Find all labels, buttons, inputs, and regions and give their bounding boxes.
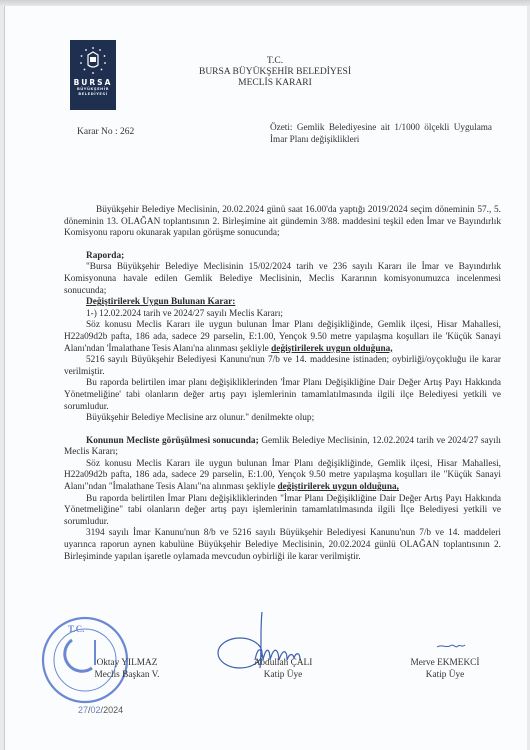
signatory-title: Meclis Başkan V. xyxy=(72,670,182,682)
signatory-name: Oktay YILMAZ xyxy=(72,658,182,670)
signature-merve-ekmekci xyxy=(437,645,465,647)
signature-block-clerk-2: Merve EKMEKCİ Katip Üye xyxy=(390,658,500,681)
stamp-and-signatures: T.C. xyxy=(0,0,530,750)
svg-text:T.C.: T.C. xyxy=(68,624,84,634)
signature-block-chair: Oktay YILMAZ Meclis Başkan V. xyxy=(72,658,182,681)
date-year: 2024 xyxy=(103,705,123,715)
signatory-name: Merve EKMEKCİ xyxy=(390,658,500,670)
date-month: 02 xyxy=(91,705,101,715)
approval-date: 27/02/2024 xyxy=(78,705,123,715)
signatory-title: Katip Üye xyxy=(228,670,338,682)
date-day: 27 xyxy=(78,705,88,715)
signature-block-clerk-1: Abdullah ÇALI Katip Üye xyxy=(228,658,338,681)
signatory-name: Abdullah ÇALI xyxy=(228,658,338,670)
signatory-title: Katip Üye xyxy=(390,670,500,682)
